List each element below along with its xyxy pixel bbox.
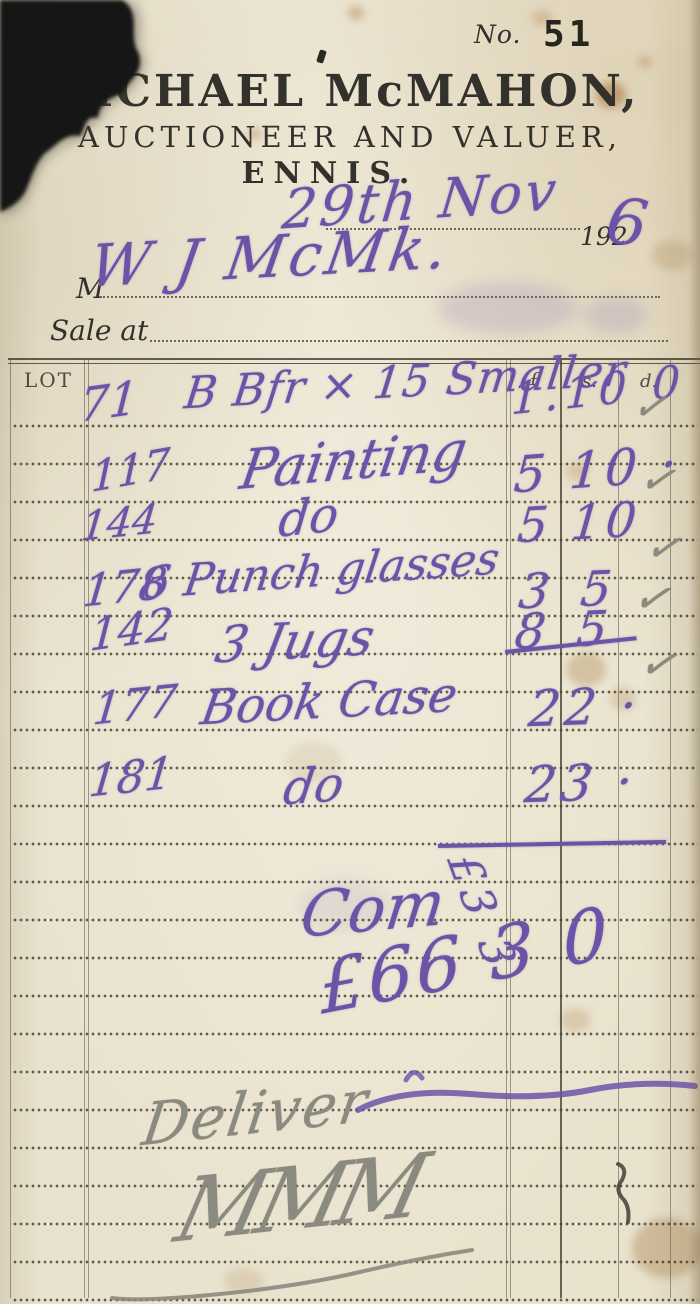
year-handwritten: 6 [602,184,653,263]
row-desc: do [280,756,347,817]
table-left-rule [10,360,11,1298]
amount-column-rule-a [506,360,507,1298]
ink-smudge [584,296,648,334]
lot-column-rule-b [88,360,89,1298]
col-header-lot: LOT [24,368,73,392]
row-amount: 22 · [526,676,643,738]
row-lot: 144 [79,496,160,551]
lot-column-rule-a [84,360,85,1298]
row-lot: 177 [91,675,180,736]
addressee-rule [100,296,660,298]
receipt-document: No. 51 AU MICHAEL McMAHON, AUCTIONEER AN… [0,0,700,1304]
row-amount: 23 · [522,752,639,814]
addressee-handwritten: W J McMk. [85,213,456,301]
row-desc: do [276,486,341,549]
amount-column-rule-b [510,360,511,1298]
row-lot: 181 [87,747,176,808]
total-underline-flourish [340,1062,700,1122]
torn-corner [0,0,270,225]
page-edge-shading [688,0,700,1304]
age-stain [652,240,692,270]
receipt-no-label: No. [474,20,521,49]
signature-flourish [100,1236,480,1304]
check-mark: ✓ [630,382,670,432]
ink-fleck-bottom [606,1158,636,1228]
row-amount: 5 10 [515,492,643,555]
row-desc: 3 Jugs [211,608,380,675]
sale-at-rule [150,340,668,342]
ink-smudge [438,282,578,334]
row-lot: 71 [78,370,140,433]
ink-fleck [316,49,327,64]
age-stain [348,6,364,20]
receipt-no-value: 51 [543,14,594,55]
sale-at-label: Sale at [50,314,148,347]
